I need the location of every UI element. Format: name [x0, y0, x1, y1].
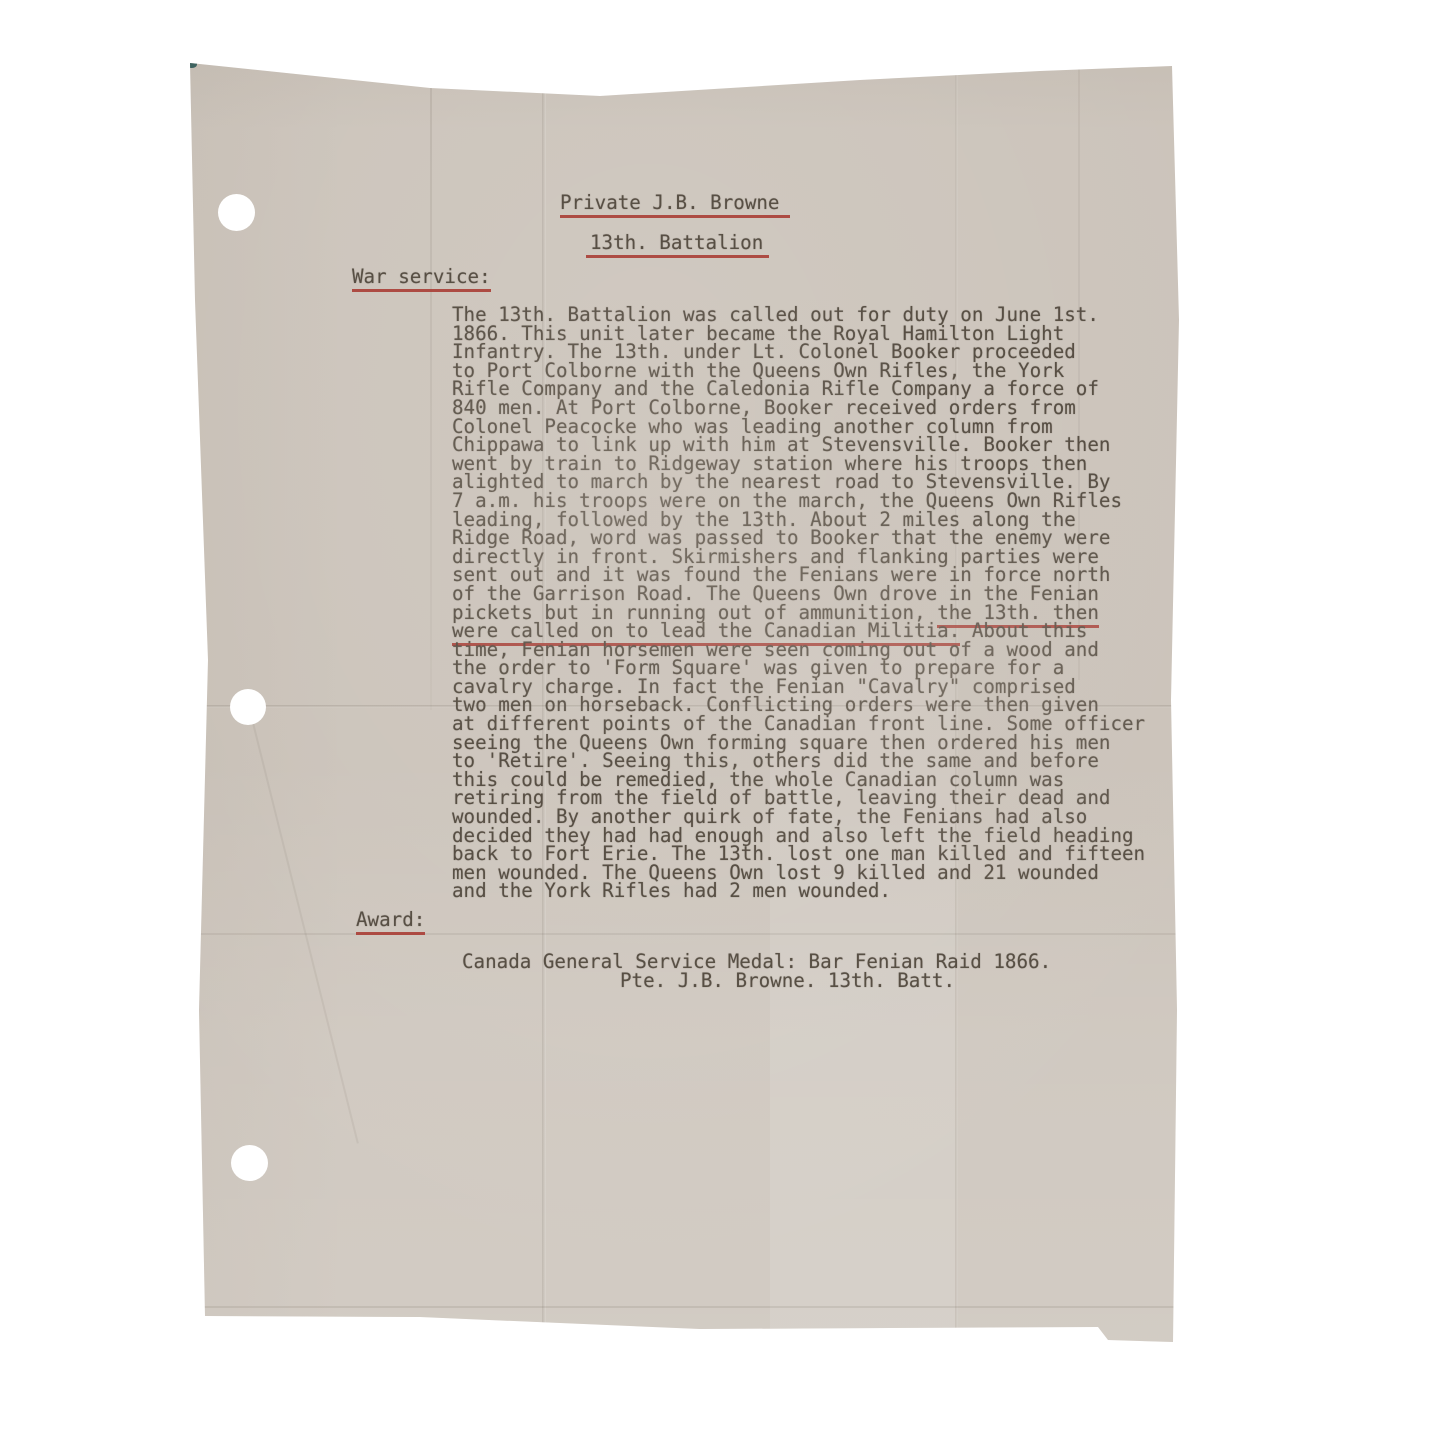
paper-edge-shading — [0, 0, 1445, 1445]
corner-speck — [187, 61, 197, 68]
punch-hole-top — [218, 194, 255, 231]
punch-hole-bottom — [231, 1145, 268, 1181]
document-photo: Private J.B. Browne 13th. Battalion War … — [0, 0, 1445, 1445]
paper-sheet: Private J.B. Browne 13th. Battalion War … — [0, 0, 1445, 1445]
punch-hole-middle — [230, 689, 266, 725]
